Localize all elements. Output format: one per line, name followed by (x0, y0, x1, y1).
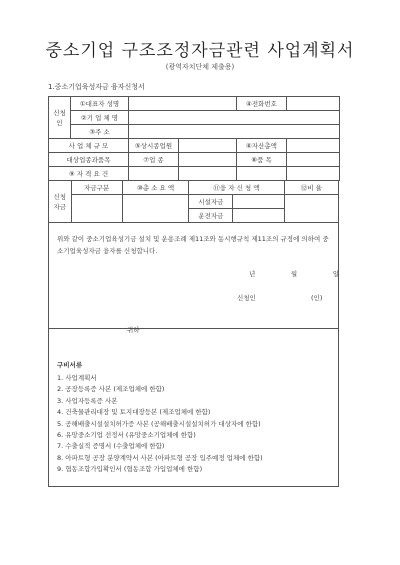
qualification-field-2[interactable] (179, 167, 237, 181)
attachments-box: 구비서류 1. 사업계획서 2. 공장등록증 사본 (제조업체에 한함) 3. … (48, 328, 339, 487)
attachment-item: 8. 아파트형 공장 분양계약서 사본 (아파트형 공장 입주예정 업체에 한함… (57, 453, 263, 464)
month-label: 월 (291, 269, 297, 278)
operating-fund-field[interactable] (233, 209, 284, 223)
attachment-item: 3. 사업자등록증 사본 (57, 396, 263, 407)
attachment-item: 1. 사업계획서 (57, 373, 263, 384)
qualification-field-3[interactable] (237, 167, 287, 181)
qualification-field[interactable] (129, 167, 179, 181)
attachment-item: 2. 공장등록증 사본 (제조업체에 한함) (57, 384, 263, 395)
product-label: ⑧품 목 (237, 153, 287, 167)
total-required-field[interactable] (122, 195, 189, 223)
operating-fund-label: 운전자금 (189, 209, 233, 223)
fund-type-header: 자금구분 (71, 181, 122, 195)
attachment-item: 9. 협동조합가입확인서 (협동조합 가입업체에 한함) (57, 464, 263, 475)
attachment-item: 4. 건축물관리대장 및 토지대장등본 (제조업체에 한함) (57, 407, 263, 418)
rep-name-field[interactable] (129, 97, 237, 111)
address-label: ③주 소 (71, 125, 129, 139)
employees-label: ⑤상시종업원 (129, 139, 179, 153)
attachments-heading: 구비서류 (57, 360, 82, 369)
qualification-field-4[interactable] (287, 167, 340, 181)
fund-type-field[interactable] (71, 195, 122, 223)
day-label: 일 (333, 269, 339, 278)
attachment-item: 5. 공해배출시설설치허가증 사본 (공해배출시설설치허가 대상자에 한함) (57, 419, 263, 430)
attachments-list: 1. 사업계획서 2. 공장등록증 사본 (제조업체에 한함) 3. 사업자등록… (57, 373, 263, 476)
company-name-field[interactable] (129, 111, 340, 125)
applicant-signature-label: 신청인 (237, 293, 256, 302)
address-field[interactable] (129, 125, 340, 139)
facility-fund-field[interactable] (233, 195, 284, 209)
product-field[interactable] (287, 153, 340, 167)
assets-label: ⑥자산총액 (237, 139, 287, 153)
assets-field[interactable] (287, 139, 340, 153)
application-form-table: 신청인 ①대표자 성명 ④전화번호 ②기 업 체 명 ③주 소 (48, 96, 340, 139)
section-title: 1.중소기업육성자금 융자신청서 (48, 82, 145, 92)
industry-field[interactable] (179, 153, 237, 167)
funding-group-label: 신청자금 (49, 181, 72, 223)
attachment-item: 6. 유망중소기업 선정서 (유망중소기업체에 한함) (57, 430, 263, 441)
qualification-label: ⑨ 자 격 요 건 (49, 167, 129, 181)
funding-table: 신청자금 자금구분 ⑩총 소 요 액 ⑪융 자 신 청 액 ⑫비 율 시설자금 … (48, 180, 339, 223)
seal-label: (인) (311, 293, 322, 302)
phone-label: ④전화번호 (237, 97, 287, 111)
declaration-text: 위와 같이 중소기업육성기금 설치 및 운용조례 제11조와 동시행규칙 제11… (57, 233, 333, 257)
facility-fund-label: 시설자금 (189, 195, 233, 209)
year-label: 년 (249, 269, 255, 278)
employees-field[interactable] (179, 139, 237, 153)
total-required-header: ⑩총 소 요 액 (122, 181, 189, 195)
document-title: 중소기업 구조조정자금관련 사업계획서 (0, 36, 400, 61)
document-subtitle: (광역자치단체 제출용) (0, 62, 400, 72)
phone-field[interactable] (287, 97, 340, 111)
company-name-label: ②기 업 체 명 (71, 111, 129, 125)
attachment-item: 7. 수출실적 증명서 (수출업체에 한함) (57, 441, 263, 452)
business-size-label: 사 업 체 규 모 (49, 139, 129, 153)
applicant-group-label: 신청인 (49, 97, 71, 139)
industry-label: ⑦업 종 (129, 153, 179, 167)
ratio-header: ⑫비 율 (284, 181, 338, 195)
business-info-table: 사 업 체 규 모 ⑤상시종업원 ⑥자산총액 대상업종과품목 ⑦업 종 ⑧품 목… (48, 138, 340, 181)
target-industry-label: 대상업종과품목 (49, 153, 129, 167)
loan-applied-header: ⑪융 자 신 청 액 (189, 181, 284, 195)
ratio-field[interactable] (284, 195, 338, 223)
date-line: 년 월 일 (249, 269, 339, 278)
declaration-box: 위와 같이 중소기업육성기금 설치 및 운용조례 제11조와 동시행규칙 제11… (48, 223, 339, 329)
rep-name-label: ①대표자 성명 (71, 97, 129, 111)
